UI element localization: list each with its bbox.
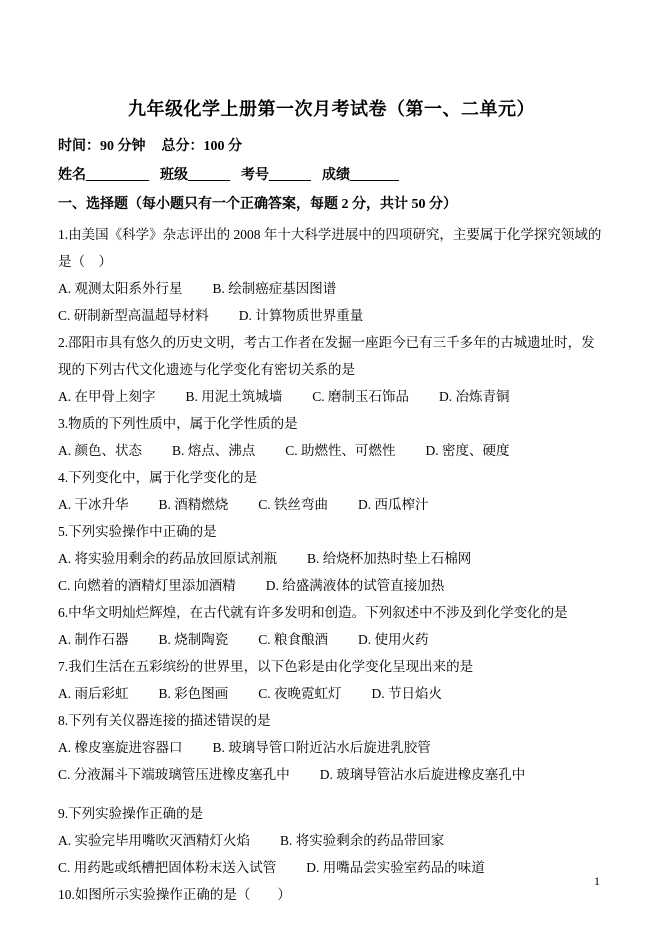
option-item: C. 磨制玉石饰品 bbox=[312, 383, 409, 410]
section-heading: 一、选择题（每小题只有一个正确答案，每题 2 分，共计 50 分） bbox=[58, 195, 605, 215]
question-stem: 4.下列变化中，属于化学变化的是 bbox=[58, 464, 605, 491]
option-item: C. 向燃着的酒精灯里添加酒精 bbox=[58, 572, 236, 599]
exam-total-score: 总分：100 分 bbox=[162, 139, 243, 154]
fill-label-exam-number: 考号 bbox=[241, 168, 269, 183]
question-block: 8.下列有关仪器连接的描述错误的是A. 橡皮塞旋进容器口B. 玻璃导管口附近沾水… bbox=[58, 707, 605, 788]
option-item: D. 使用火药 bbox=[358, 626, 429, 653]
option-item: B. 玻璃导管口附近沾水后旋进乳胶管 bbox=[213, 734, 431, 761]
question-block: 4.下列变化中，属于化学变化的是A. 干冰升华B. 酒精燃烧C. 铁丝弯曲D. … bbox=[58, 464, 605, 518]
page-title: 九年级化学上册第一次月考试卷（第一、二单元） bbox=[58, 97, 605, 121]
page-number: 1 bbox=[594, 874, 600, 888]
option-item: D. 给盛满液体的试管直接加热 bbox=[266, 572, 445, 599]
option-line: A. 橡皮塞旋进容器口B. 玻璃导管口附近沾水后旋进乳胶管 bbox=[58, 734, 605, 761]
option-line: A. 实验完毕用嘴吹灭酒精灯火焰B. 将实验剩余的药品带回家 bbox=[58, 827, 605, 854]
question-block: 2.邵阳市具有悠久的历史文明，考古工作者在发掘一座距今已有三千多年的古城遗址时，… bbox=[58, 329, 605, 410]
option-item: A. 干冰升华 bbox=[58, 491, 129, 518]
option-item: A. 雨后彩虹 bbox=[58, 680, 129, 707]
option-item: D. 用嘴品尝实验室药品的味道 bbox=[306, 854, 485, 881]
question-stem: 5.下列实验操作中正确的是 bbox=[58, 518, 605, 545]
question-stem: 7.我们生活在五彩缤纷的世界里，以下色彩是由化学变化呈现出来的是 bbox=[58, 653, 605, 680]
option-line: C. 分液漏斗下端玻璃管压进橡皮塞孔中D. 玻璃导管沾水后旋进橡皮塞孔中 bbox=[58, 761, 605, 788]
option-line: A. 观测太阳系外行星B. 绘制癌症基因图谱 bbox=[58, 275, 605, 302]
option-item: B. 烧制陶瓷 bbox=[159, 626, 229, 653]
option-item: A. 观测太阳系外行星 bbox=[58, 275, 183, 302]
option-item: B. 酒精燃烧 bbox=[159, 491, 229, 518]
question-block: 7.我们生活在五彩缤纷的世界里，以下色彩是由化学变化呈现出来的是A. 雨后彩虹B… bbox=[58, 653, 605, 707]
option-item: D. 节日焰火 bbox=[372, 680, 443, 707]
option-line: A. 雨后彩虹B. 彩色图画C. 夜晚霓虹灯D. 节日焰火 bbox=[58, 680, 605, 707]
option-item: D. 密度、硬度 bbox=[426, 437, 510, 464]
question-stem: 3.物质的下列性质中，属于化学性质的是 bbox=[58, 410, 605, 437]
option-item: B. 熔点、沸点 bbox=[172, 437, 255, 464]
option-item: C. 助燃性、可燃性 bbox=[285, 437, 395, 464]
fill-field-class: 班级______ bbox=[160, 168, 230, 183]
option-item: A. 颜色、状态 bbox=[58, 437, 142, 464]
question-stem: 10.如图所示实验操作正确的是（ ） bbox=[58, 881, 605, 908]
question-block: 10.如图所示实验操作正确的是（ ） bbox=[58, 881, 605, 908]
question-block: 1.由美国《科学》杂志评出的 2008 年十大科学进展中的四项研究，主要属于化学… bbox=[58, 221, 605, 329]
question-block: 9.下列实验操作正确的是A. 实验完毕用嘴吹灭酒精灯火焰B. 将实验剩余的药品带… bbox=[58, 800, 605, 881]
option-item: B. 彩色图画 bbox=[159, 680, 229, 707]
option-item: B. 用泥土筑城墙 bbox=[186, 383, 283, 410]
fill-blank-exam-number: ______ bbox=[269, 168, 311, 183]
page-content: 九年级化学上册第一次月考试卷（第一、二单元） 时间：90 分钟总分：100 分 … bbox=[0, 0, 661, 908]
option-item: C. 研制新型高温超导材料 bbox=[58, 302, 209, 329]
question-block: 3.物质的下列性质中，属于化学性质的是A. 颜色、状态B. 熔点、沸点C. 助燃… bbox=[58, 410, 605, 464]
question-list: 1.由美国《科学》杂志评出的 2008 年十大科学进展中的四项研究，主要属于化学… bbox=[58, 221, 605, 908]
option-item: C. 铁丝弯曲 bbox=[258, 491, 328, 518]
option-item: D. 计算物质世界重量 bbox=[239, 302, 364, 329]
option-item: A. 实验完毕用嘴吹灭酒精灯火焰 bbox=[58, 827, 250, 854]
option-line: C. 研制新型高温超导材料D. 计算物质世界重量 bbox=[58, 302, 605, 329]
question-block: 5.下列实验操作中正确的是A. 将实验用剩余的药品放回原试剂瓶B. 给烧杯加热时… bbox=[58, 518, 605, 599]
exam-time: 时间：90 分钟 bbox=[58, 139, 146, 154]
exam-meta-line: 时间：90 分钟总分：100 分 bbox=[58, 138, 605, 156]
question-stem: 6.中华文明灿烂辉煌，在古代就有许多发明和创造。下列叙述中不涉及到化学变化的是 bbox=[58, 599, 605, 626]
option-item: C. 用药匙或纸槽把固体粉末送入试管 bbox=[58, 854, 276, 881]
question-stem: 8.下列有关仪器连接的描述错误的是 bbox=[58, 707, 605, 734]
question-block: 6.中华文明灿烂辉煌，在古代就有许多发明和创造。下列叙述中不涉及到化学变化的是A… bbox=[58, 599, 605, 653]
question-stem: 9.下列实验操作正确的是 bbox=[58, 800, 605, 827]
option-item: C. 夜晚霓虹灯 bbox=[258, 680, 341, 707]
option-item: C. 分液漏斗下端玻璃管压进橡皮塞孔中 bbox=[58, 761, 290, 788]
question-stem: 1.由美国《科学》杂志评出的 2008 年十大科学进展中的四项研究，主要属于化学… bbox=[58, 221, 605, 275]
option-line: C. 用药匙或纸槽把固体粉末送入试管D. 用嘴品尝实验室药品的味道 bbox=[58, 854, 605, 881]
fill-field-score: 成绩_______ bbox=[322, 168, 399, 183]
option-item: B. 给烧杯加热时垫上石棉网 bbox=[307, 545, 471, 572]
option-item: B. 将实验剩余的药品带回家 bbox=[280, 827, 444, 854]
option-item: D. 玻璃导管沾水后旋进橡皮塞孔中 bbox=[320, 761, 526, 788]
option-item: D. 冶炼青铜 bbox=[439, 383, 510, 410]
option-item: C. 粮食酿酒 bbox=[258, 626, 328, 653]
fill-field-exam-number: 考号______ bbox=[241, 168, 311, 183]
option-line: A. 制作石器B. 烧制陶瓷C. 粮食酿酒D. 使用火药 bbox=[58, 626, 605, 653]
option-item: A. 将实验用剩余的药品放回原试剂瓶 bbox=[58, 545, 277, 572]
fill-field-name: 姓名_________ bbox=[58, 168, 149, 183]
option-line: A. 颜色、状态B. 熔点、沸点C. 助燃性、可燃性D. 密度、硬度 bbox=[58, 437, 605, 464]
option-line: A. 干冰升华B. 酒精燃烧C. 铁丝弯曲D. 西瓜榨汁 bbox=[58, 491, 605, 518]
option-item: A. 制作石器 bbox=[58, 626, 129, 653]
fill-line: 姓名_________班级______考号______成绩_______ bbox=[58, 166, 605, 185]
fill-label-class: 班级 bbox=[160, 168, 188, 183]
question-stem: 2.邵阳市具有悠久的历史文明，考古工作者在发掘一座距今已有三千多年的古城遗址时，… bbox=[58, 329, 605, 383]
document-page: 九年级化学上册第一次月考试卷（第一、二单元） 时间：90 分钟总分：100 分 … bbox=[0, 0, 661, 935]
fill-blank-class: ______ bbox=[188, 168, 230, 183]
option-item: B. 绘制癌症基因图谱 bbox=[213, 275, 337, 302]
option-item: D. 西瓜榨汁 bbox=[358, 491, 429, 518]
fill-blank-name: _________ bbox=[86, 168, 149, 183]
option-item: A. 橡皮塞旋进容器口 bbox=[58, 734, 183, 761]
option-line: A. 在甲骨上刻字B. 用泥土筑城墙C. 磨制玉石饰品D. 冶炼青铜 bbox=[58, 383, 605, 410]
fill-label-name: 姓名 bbox=[58, 168, 86, 183]
fill-label-score: 成绩 bbox=[322, 168, 350, 183]
option-line: A. 将实验用剩余的药品放回原试剂瓶B. 给烧杯加热时垫上石棉网 bbox=[58, 545, 605, 572]
fill-blank-score: _______ bbox=[350, 168, 399, 183]
option-item: A. 在甲骨上刻字 bbox=[58, 383, 156, 410]
option-line: C. 向燃着的酒精灯里添加酒精D. 给盛满液体的试管直接加热 bbox=[58, 572, 605, 599]
